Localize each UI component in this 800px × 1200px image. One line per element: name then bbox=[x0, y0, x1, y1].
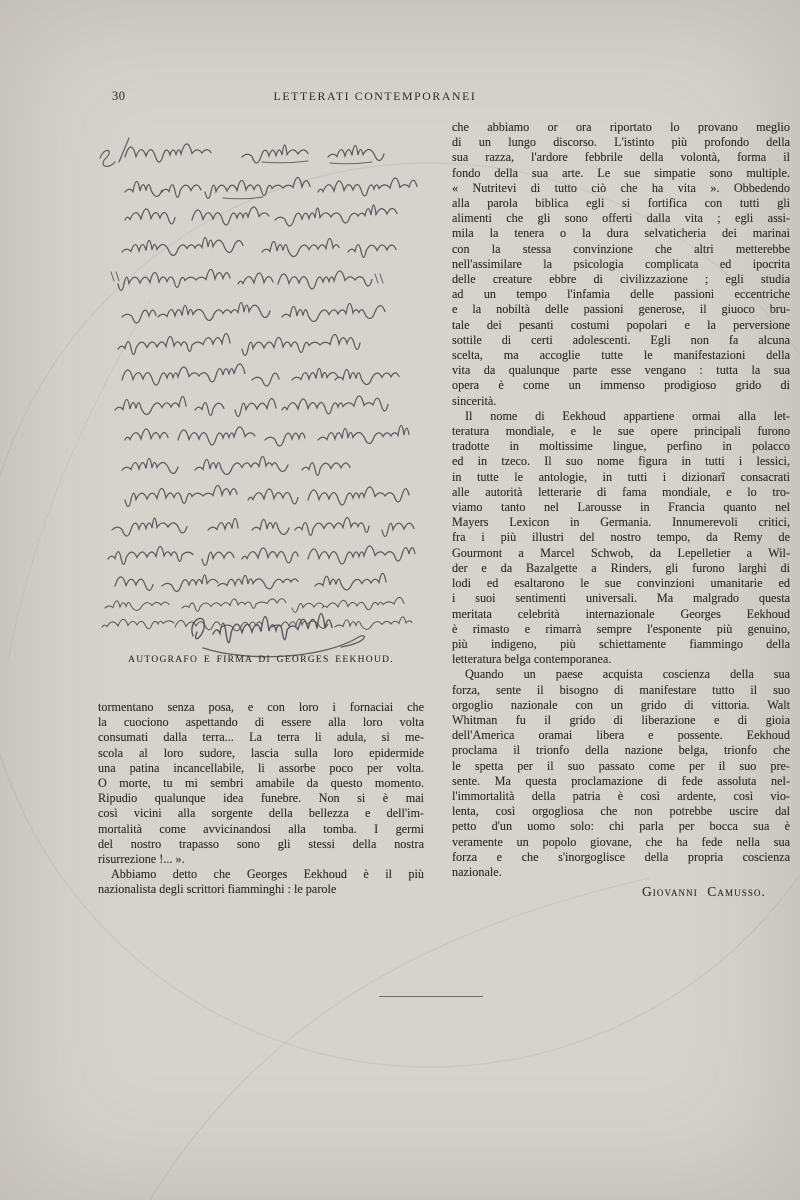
text-line: alimenti che gli sono offerti dalla vita… bbox=[452, 211, 790, 226]
text-line: mila la tenera o la dura selvaticheria d… bbox=[452, 226, 790, 241]
text-line: meritata celebrità internazionale George… bbox=[452, 607, 790, 622]
text-line: del nostro trapasso sono gli stessi dell… bbox=[98, 837, 424, 852]
text-line: proclama il trionfo della nazione belga,… bbox=[452, 743, 790, 758]
text-line: ed in tzeco. Il suo nome figura in tutti… bbox=[452, 454, 790, 469]
text-line: tradotte in moltissime lingue, perfino i… bbox=[452, 439, 790, 454]
text-line: sente. Ma questa proclamazione di fede a… bbox=[452, 774, 790, 789]
text-line: veramente un popolo giovane, che ha fede… bbox=[452, 835, 790, 850]
text-line: fra i più illustri del nostro tempo, da … bbox=[452, 530, 790, 545]
text-line: le spetta per il suo passato come per il… bbox=[452, 759, 790, 774]
text-line: alle autorità letterarie di fama mondial… bbox=[452, 485, 790, 500]
text-line: sottile di certi adolescenti. Egli non f… bbox=[452, 333, 790, 348]
text-line: è rimasto e rimarrà sempre l'esponente p… bbox=[452, 622, 790, 637]
text-line: sua razza, l'ardore febbrile della volon… bbox=[452, 150, 790, 165]
text-line: nazionalista degli scrittori fiamminghi … bbox=[98, 882, 424, 897]
text-line: « Nutritevi di tutto ciò che ha vita ». … bbox=[452, 181, 790, 196]
text-line: Mayers Lexicon in Germania. Innumerevoli… bbox=[452, 515, 790, 530]
text-line: consumati dalla terra... La terra li adu… bbox=[98, 730, 424, 745]
text-line: di un lungo discorso. L'istinto più prof… bbox=[452, 135, 790, 150]
text-line: opera è come un immenso prodigioso grido… bbox=[452, 378, 790, 393]
text-line: vita da qualunque parte esse vengano : t… bbox=[452, 363, 790, 378]
text-line: i suoi sentimenti universali. Ma malgrad… bbox=[452, 591, 790, 606]
text-line: in tutte le antologie, in tutti i dizion… bbox=[452, 470, 790, 485]
section-divider-rule bbox=[379, 996, 483, 997]
text-line: scola al loro sudore, lascia sulla loro … bbox=[98, 746, 424, 761]
page-number: 30 bbox=[112, 89, 126, 104]
text-line: delle creature ebbre di civilizzazione ;… bbox=[452, 272, 790, 287]
text-line: l'immortalità della patria è così ardent… bbox=[452, 789, 790, 804]
paragraph: Quando un paese acquista coscienza della… bbox=[452, 667, 790, 880]
text-line: alla parola biblica egli si fortifica co… bbox=[452, 196, 790, 211]
text-line: viamo tanto nel Larousse in Francia quan… bbox=[452, 500, 790, 515]
text-line: tale dei pesanti costumi popolari e la p… bbox=[452, 318, 790, 333]
text-line: nazionale. bbox=[452, 865, 790, 880]
text-line: scelta, ma accoglie tutte le manifestazi… bbox=[452, 348, 790, 363]
text-line: teratura mondiale, e le sue opere princi… bbox=[452, 424, 790, 439]
text-line: così vicini alla sorgente della bellezza… bbox=[98, 806, 424, 821]
text-line: nell'assimilare la psicologia complicata… bbox=[452, 257, 790, 272]
text-line: Gourmont a Marcel Schwob, da Lepelletier… bbox=[452, 546, 790, 561]
text-line: Quando un paese acquista coscienza della… bbox=[452, 667, 790, 682]
text-line: tormentano senza posa, e con loro i forn… bbox=[98, 700, 424, 715]
paragraph: Abbiamo detto che Georges Eekhoud è il p… bbox=[98, 867, 424, 897]
text-line: dell'America oramai libera e possente. E… bbox=[452, 728, 790, 743]
text-line: risurrezione !... ». bbox=[98, 852, 424, 867]
right-paragraph-list: che abbiamo or ora riportato lo provano … bbox=[452, 120, 790, 880]
text-line: forza, sente il bisogno di manifestare t… bbox=[452, 683, 790, 698]
text-line: una patina incancellabile, li assorbe po… bbox=[98, 761, 424, 776]
autograph-handwriting-figure bbox=[75, 112, 425, 660]
text-line: Abbiamo detto che Georges Eekhoud è il p… bbox=[98, 867, 424, 882]
paragraph: che abbiamo or ora riportato lo provano … bbox=[452, 120, 790, 409]
figure-caption: AUTOGRAFO E FIRMA DI GEORGES EEKHOUD. bbox=[98, 655, 424, 665]
text-line: che abbiamo or ora riportato lo provano … bbox=[452, 120, 790, 135]
page-header-title: LETTERATI CONTEMPORANEI bbox=[240, 89, 510, 104]
scanned-book-page: 30 LETTERATI CONTEMPORANEI AUTOGRAFO E F… bbox=[0, 0, 800, 1200]
paragraph: Il nome di Eekhoud appartiene ormai alla… bbox=[452, 409, 790, 667]
text-line: der e da Bazalgette a Rinders, gli furon… bbox=[452, 561, 790, 576]
text-line: più indigeno, più schiettamente fiamming… bbox=[452, 637, 790, 652]
text-line: sincerità. bbox=[452, 394, 790, 409]
text-line: la cuociono aspettando di essere alla lo… bbox=[98, 715, 424, 730]
text-line: Il nome di Eekhoud appartiene ormai alla… bbox=[452, 409, 790, 424]
paragraph: tormentano senza posa, e con loro i forn… bbox=[98, 700, 424, 867]
left-text-column: tormentano senza posa, e con loro i forn… bbox=[98, 700, 424, 898]
author-signature: Giovanni Camusso. bbox=[452, 884, 790, 899]
text-line: fondo della sua arte. Le sue simpatie so… bbox=[452, 166, 790, 181]
text-line: lodi ed esaltarono le sue convinzioni um… bbox=[452, 576, 790, 591]
text-line: petto d'un uomo solo: chi parla per bocc… bbox=[452, 819, 790, 834]
text-line: letteratura belga contemporanea. bbox=[452, 652, 790, 667]
text-line: Ripudio qualunque idea funebre. Non si è… bbox=[98, 791, 424, 806]
text-line: orgoglio nazionale con un grido di vitto… bbox=[452, 698, 790, 713]
text-line: ad un tempo l'infamia delle passioni ecc… bbox=[452, 287, 790, 302]
right-text-column: che abbiamo or ora riportato lo provano … bbox=[452, 120, 790, 899]
text-line: Whitman fu il grido di liberazione e di … bbox=[452, 713, 790, 728]
text-line: e la nobiltà delle passioni generose, il… bbox=[452, 302, 790, 317]
text-line: O morte, tu mi sembri amabile da questo … bbox=[98, 776, 424, 791]
text-line: mortalità come avvicinandosi alla tomba.… bbox=[98, 822, 424, 837]
text-line: lenta, così orgogliosa che non potrebbe … bbox=[452, 804, 790, 819]
text-line: forza e che s'inorgoglisce della propria… bbox=[452, 850, 790, 865]
left-paragraph-list: tormentano senza posa, e con loro i forn… bbox=[98, 700, 424, 898]
text-line: con la stessa convinzione che altri mett… bbox=[452, 242, 790, 257]
